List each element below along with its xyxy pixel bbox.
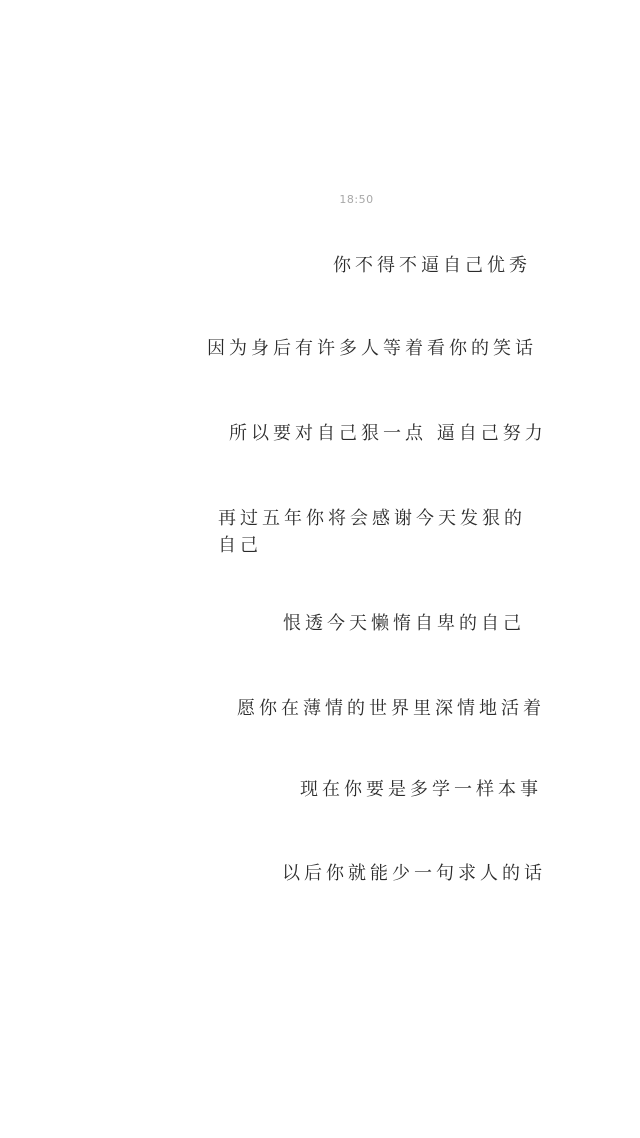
message-line-3: 所以要对自己狠一点 逼自己努力 — [229, 420, 547, 447]
message-line-7: 现在你要是多学一样本事 — [300, 776, 542, 803]
message-line-2: 因为身后有许多人等着看你的笑话 — [207, 335, 537, 362]
message-line-1: 你不得不逼自己优秀 — [333, 252, 531, 279]
message-line-5: 恨透今天懒惰自卑的自己 — [283, 610, 525, 637]
message-line-4: 再过五年你将会感谢今天发狠的自己 — [218, 505, 528, 559]
message-line-6: 愿你在薄情的世界里深情地活着 — [237, 695, 545, 722]
message-timestamp: 18:50 — [0, 193, 640, 206]
message-line-8: 以后你就能少一句求人的话 — [282, 860, 546, 887]
